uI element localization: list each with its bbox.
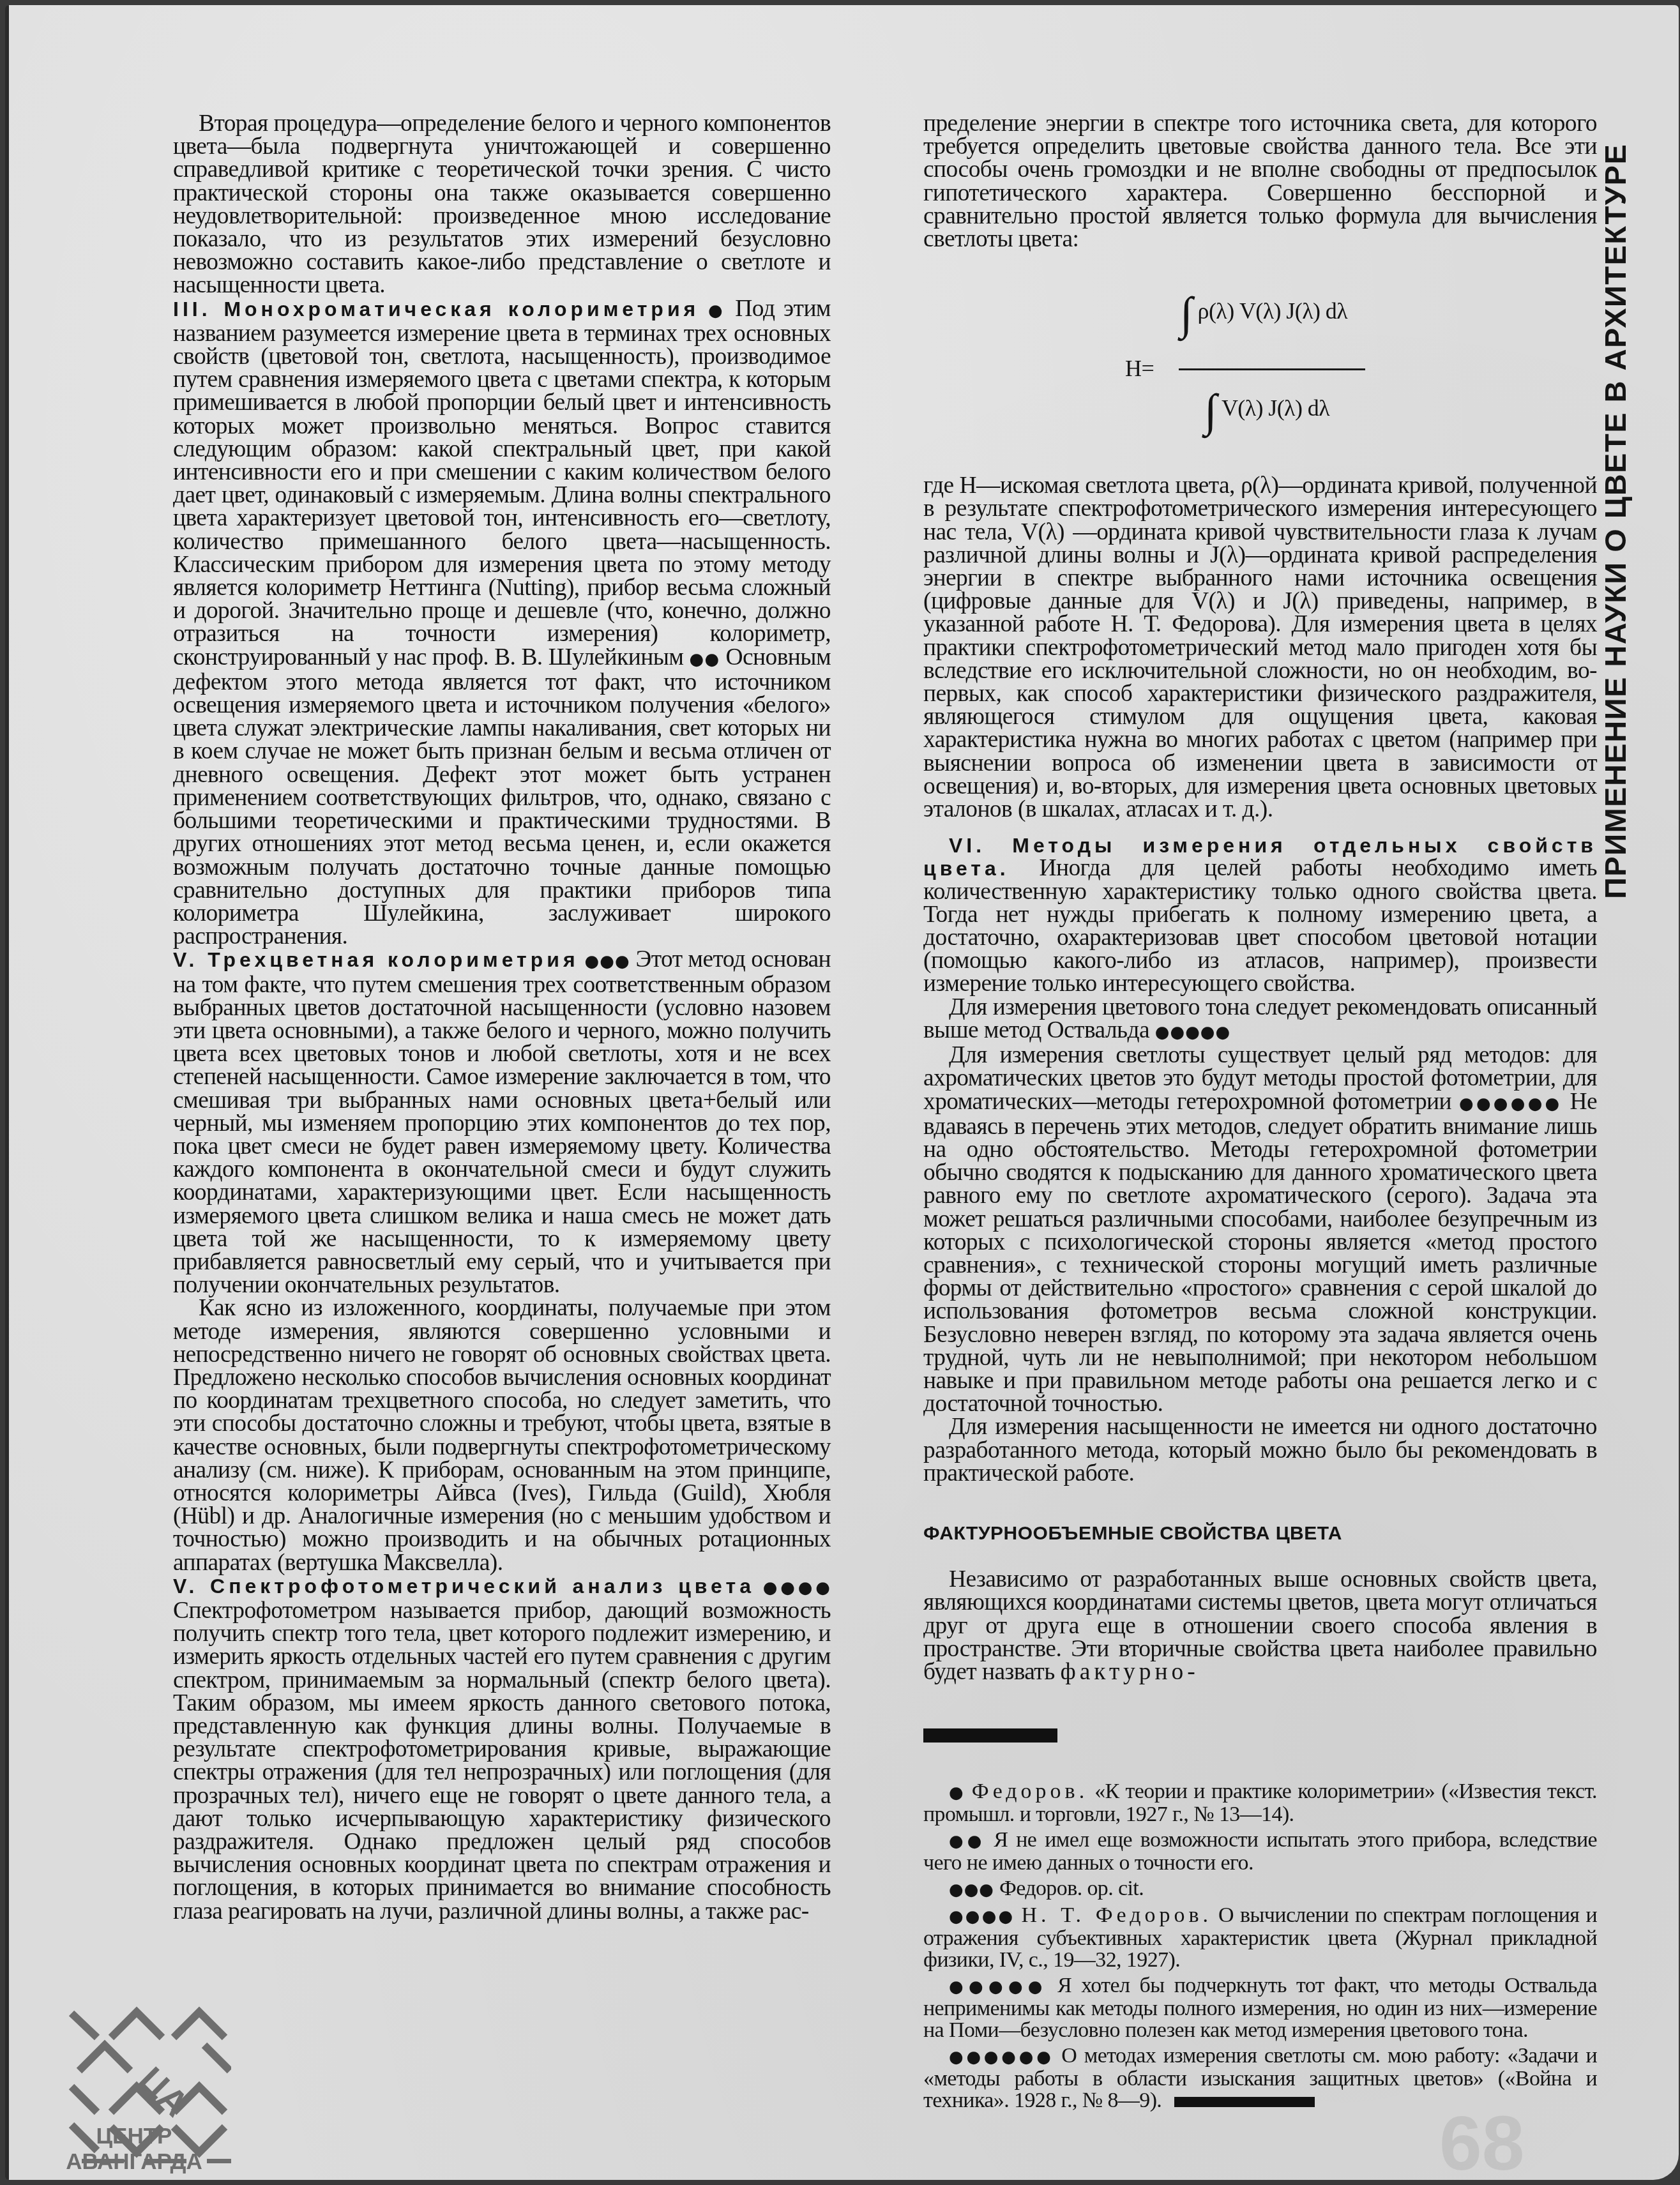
paragraph-lightness: Для измерения светлоты существует целый … [923, 1044, 1597, 1416]
paragraph-formula-explanation: где H—искомая светлота цвета, ρ(λ)—ордин… [923, 474, 1597, 821]
section-text: Под этим названием разумеется измерение … [173, 296, 831, 670]
footnote-marker: ●● [689, 650, 720, 669]
formula-denominator: ∫ V(λ) J(λ) dλ [1204, 397, 1329, 423]
footnote-marker: ●●●● [763, 1578, 831, 1598]
left-column: Вторая процедура—определение белого и че… [173, 112, 831, 1923]
page-number: 68 [1439, 2099, 1524, 2185]
formula-lhs: H= [1125, 357, 1154, 380]
section-individual-properties: VI. Методы измерения отдельных свойств ц… [923, 834, 1597, 995]
paragraph-intro: Вторая процедура—определение белого и че… [173, 112, 831, 298]
footnote-marker: ●●●●●● [1459, 1094, 1562, 1114]
paragraph-saturation: Для измерения насыщенности не имеется ни… [923, 1416, 1597, 1485]
paragraph-coordinates: Как ясно из изложенного, координаты, пол… [173, 1297, 831, 1574]
magazine-page: Вторая процедура—определение белого и че… [5, 5, 1679, 2180]
section-heading: V. Трехцветная колориметрия [173, 948, 579, 971]
paragraph-hue: Для измерения цветового тона следует рек… [923, 996, 1597, 1044]
integral-sign-icon: ∫ [1204, 385, 1216, 436]
footnote-marker: ● [708, 301, 727, 321]
footnote: ●●●●● Я хотел бы подчеркнуть тот факт, ч… [923, 1975, 1597, 2041]
section-text: Иногда для целей работы необходимо иметь… [923, 855, 1597, 997]
section-text: Основным дефектом этого метода является … [173, 644, 831, 949]
paragraph-continuation: пределение энергии в спектре того источн… [923, 112, 1597, 251]
lightness-formula: H= ∫ ρ(λ) V(λ) J(λ) dλ ∫ V(λ) J(λ) dλ [923, 262, 1597, 467]
footnote: ●● Я не имел еще возможности испытать эт… [923, 1829, 1597, 1874]
footnote: ● Федоров. «К теории и практике колориме… [923, 1781, 1597, 1826]
fraction-bar [1179, 368, 1365, 370]
footnotes: ● Федоров. «К теории и практике колориме… [923, 1781, 1597, 2112]
watermark-name: ЦЕНТР АВАНГАРДА [40, 2124, 229, 2175]
section-spectrophotometric: V. Спектрофотометрический анализ цвета ●… [173, 1575, 831, 1923]
end-rule [1174, 2097, 1315, 2107]
section-heading: V. Спектрофотометрический анализ цвета [173, 1575, 755, 1598]
vertical-running-title: ПРИМЕНЕНИЕ НАУКИ О ЦВЕТЕ В АРХИТЕКТУРЕ [1598, 144, 1633, 899]
subheading-texture: ФАКТУРНООБЪЕМНЫЕ СВОЙСТВА ЦВЕТА [923, 1522, 1597, 1545]
section-text: Этот метод основан на том факте, что пут… [173, 946, 831, 1298]
integral-sign-icon: ∫ [1180, 288, 1192, 339]
footnote-marker: ●●● [584, 952, 630, 971]
section-monochromatic: III. Монохроматическая колориметрия ● По… [173, 298, 831, 949]
footnote: ●●● Федоров. op. cit. [923, 1878, 1597, 1901]
footnote: ●●●● Н. Т. Федоров. О вычислении по спек… [923, 1905, 1597, 1971]
formula-numerator: ∫ ρ(λ) V(λ) J(λ) dλ [1180, 299, 1347, 326]
right-column: пределение энергии в спектре того источн… [923, 112, 1597, 2115]
paragraph-texture: Независимо от разработанных выше основны… [923, 1568, 1597, 1684]
section-text: Спектрофотометром называется прибор, даю… [173, 1598, 831, 1924]
footnote-marker: ●●●●● [1155, 1023, 1230, 1042]
svg-text:ЦА: ЦА [132, 2059, 197, 2124]
footnote-separator [923, 1728, 1057, 1743]
section-trichromatic: V. Трехцветная колориметрия ●●● Этот мет… [173, 948, 831, 1297]
section-heading: III. Монохроматическая колориметрия [173, 298, 699, 321]
